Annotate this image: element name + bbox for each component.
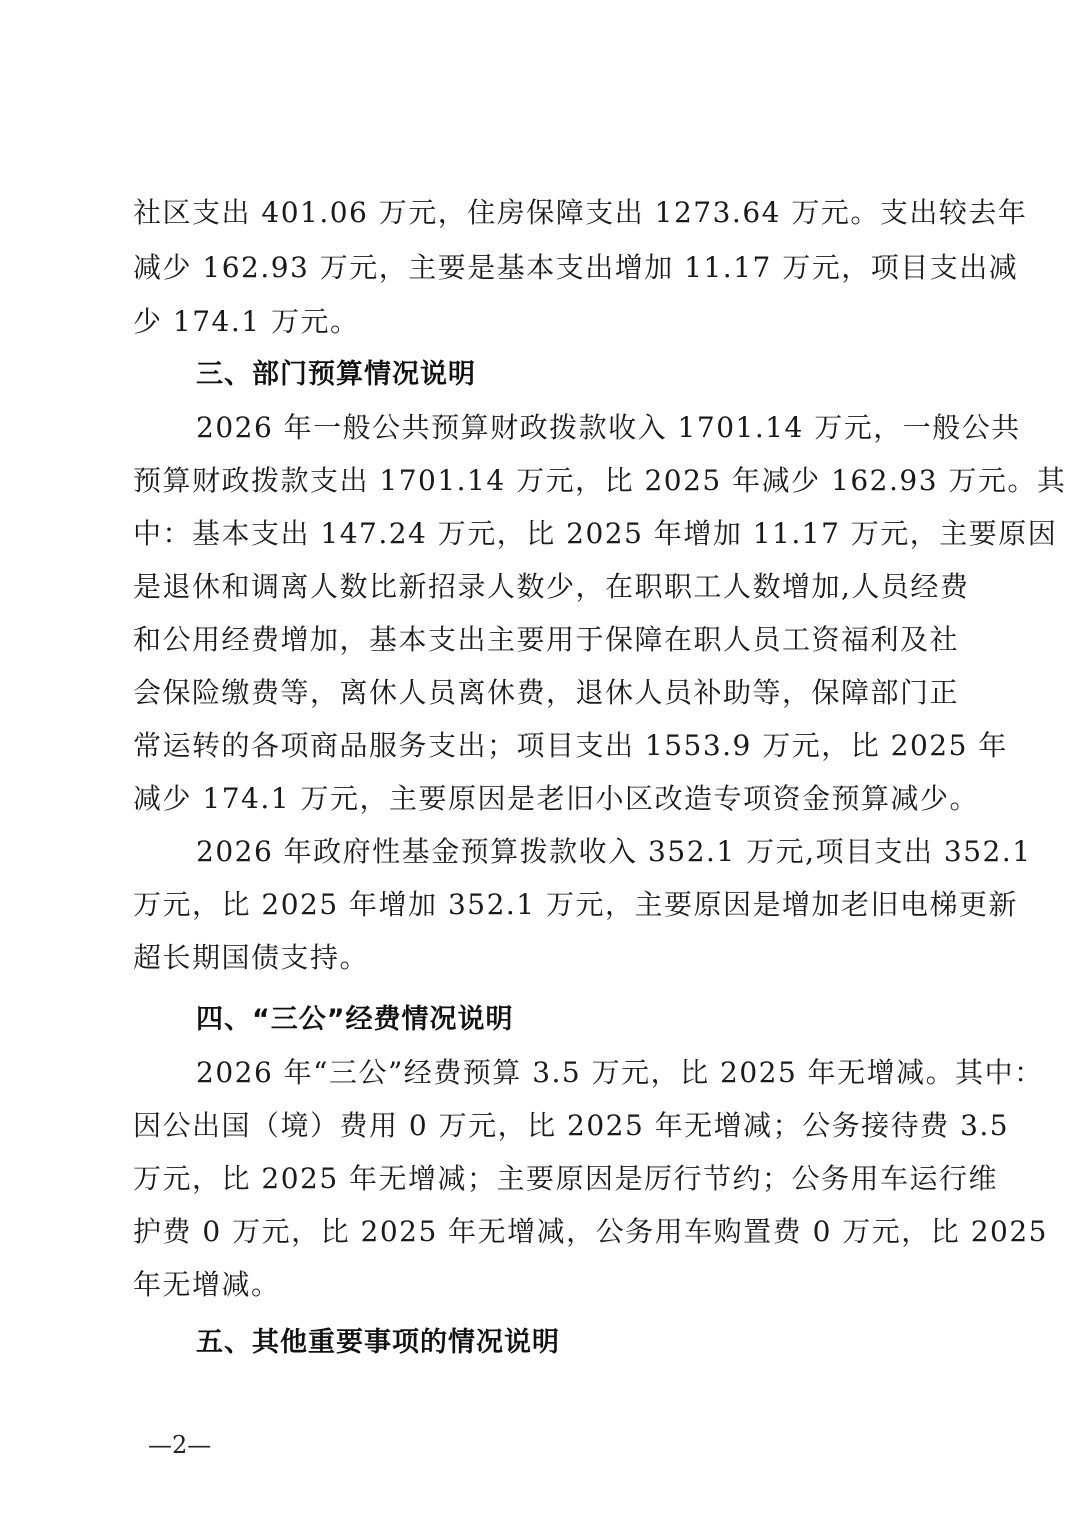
section-heading-4: 四、“三公”经费情况说明 — [196, 1003, 514, 1037]
text-line: 护费 0 万元，比 2025 年无增减，公务用车购置费 0 万元，比 2025 — [133, 1215, 945, 1249]
document-page: 社区支出 401.06 万元，住房保障支出 1273.64 万元。支出较去年 减… — [0, 0, 1074, 1520]
text-line: 减少 174.1 万元，主要原因是老旧小区改造专项资金预算减少。 — [133, 782, 945, 816]
section-heading-3: 三、部门预算情况说明 — [196, 358, 476, 392]
text-line: 2026 年一般公共预算财政拨款收入 1701.14 万元，一般公共 — [196, 411, 945, 445]
text-line: 超长期国债支持。 — [133, 941, 945, 975]
text-line: 常运转的各项商品服务支出；项目支出 1553.9 万元，比 2025 年 — [133, 729, 945, 763]
text-line: 2026 年政府性基金预算拨款收入 352.1 万元,项目支出 352.1 — [196, 835, 945, 869]
text-line: 少 174.1 万元。 — [133, 305, 945, 339]
text-line: 年无增减。 — [133, 1268, 945, 1302]
text-line: 2026 年“三公”经费预算 3.5 万元，比 2025 年无增减。其中： — [196, 1056, 945, 1090]
text-line: 预算财政拨款支出 1701.14 万元，比 2025 年减少 162.93 万元… — [133, 464, 945, 498]
text-line: 减少 162.93 万元，主要是基本支出增加 11.17 万元，项目支出减 — [133, 251, 945, 285]
text-line: 社区支出 401.06 万元，住房保障支出 1273.64 万元。支出较去年 — [133, 196, 945, 230]
text-line: 会保险缴费等，离休人员离休费，退休人员补助等，保障部门正 — [133, 676, 945, 710]
text-line: 万元，比 2025 年增加 352.1 万元，主要原因是增加老旧电梯更新 — [133, 888, 945, 922]
page-number: —2— — [148, 1430, 211, 1460]
text-line: 是退休和调离人数比新招录人数少，在职职工人数增加,人员经费 — [133, 570, 945, 604]
text-line: 中：基本支出 147.24 万元，比 2025 年增加 11.17 万元，主要原… — [133, 517, 945, 551]
section-heading-5: 五、其他重要事项的情况说明 — [196, 1326, 560, 1360]
text-line: 和公用经费增加，基本支出主要用于保障在职人员工资福利及社 — [133, 623, 945, 657]
text-line: 因公出国（境）费用 0 万元，比 2025 年无增减；公务接待费 3.5 — [133, 1109, 945, 1143]
text-line: 万元，比 2025 年无增减；主要原因是厉行节约；公务用车运行维 — [133, 1162, 945, 1196]
